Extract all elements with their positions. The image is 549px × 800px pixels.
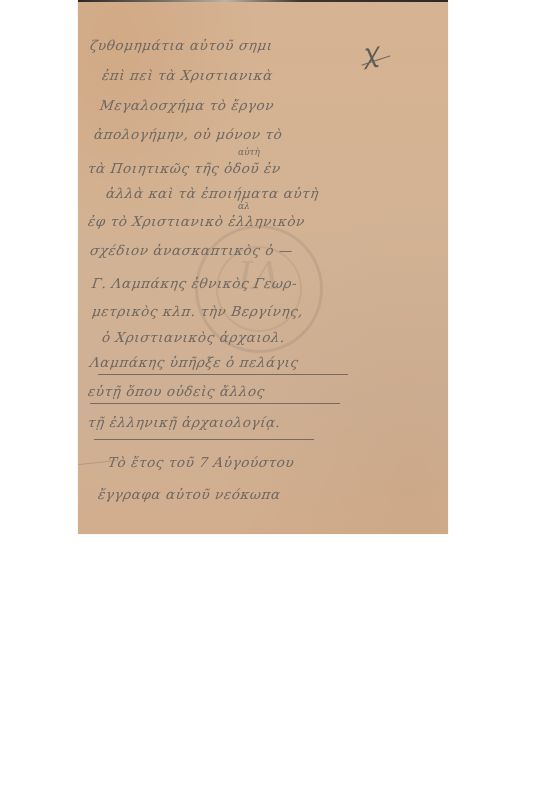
scan-edge xyxy=(78,0,448,2)
interlinear-note: ἀλ xyxy=(238,202,250,212)
underline-stroke xyxy=(94,439,314,440)
handwritten-line: Γ. Λαμπάκης ἐθνικὸς Γεωρ- xyxy=(91,276,298,292)
handwritten-line: σχέδιον ἀνασκαπτικὸς ὁ — xyxy=(89,243,294,259)
handwritten-line: ὁ Χριστιανικὸς ἀρχαιολ. xyxy=(101,330,286,346)
handwritten-line: τῇ ἑλληνικῇ ἀρχαιολογίᾳ. xyxy=(87,415,282,431)
handwritten-line: ἐπὶ πεὶ τὰ Χριστιανικὰ xyxy=(101,68,274,84)
handwritten-line: μετρικὸς κλπ. τὴν Βεργίνης, xyxy=(91,304,305,320)
underline-stroke xyxy=(90,403,340,404)
handwritten-line: Τὸ ἔτος τοῦ 7 Αὐγούστου xyxy=(107,455,296,471)
manuscript-page: ΙΛ ꭓ ζυθομημάτια αὐτοῦ σημι ἐπὶ πεὶ τὰ Χ… xyxy=(78,0,448,534)
interlinear-note: αὐτὴ xyxy=(238,148,260,158)
handwritten-line: ἀπολογήμην, οὐ μόνον τὸ xyxy=(93,127,284,143)
handwritten-line: τὰ Ποιητικῶς τῆς ὁδοῦ ἐν xyxy=(87,161,282,177)
handwritten-line: Μεγαλοσχήμα τὸ ἔργον xyxy=(99,98,275,114)
handwritten-line: ζυθομημάτια αὐτοῦ σημι xyxy=(89,38,274,54)
handwritten-line: Λαμπάκης ὑπῆρξε ὁ πελάγις xyxy=(89,355,300,371)
handwritten-line: εὐτῇ ὅπου οὐδεὶς ἄλλος xyxy=(87,384,266,400)
underline-stroke xyxy=(98,374,348,375)
handwritten-line: ἀλλὰ καὶ τὰ ἐποιήματα αὐτὴ xyxy=(105,186,320,202)
handwritten-line: ἔγγραφα αὐτοῦ νεόκωπα xyxy=(97,487,282,503)
handwritten-line: ἐφ τὸ Χριστιανικὸ ἑλληνικὸν xyxy=(87,214,306,230)
